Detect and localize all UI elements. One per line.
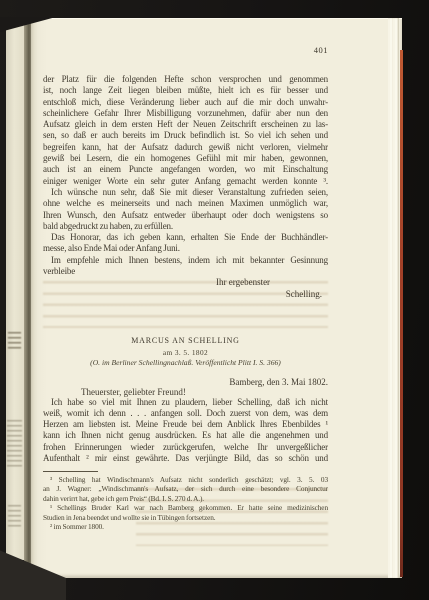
facing-page-edge <box>6 21 24 560</box>
text-line: der Platz für die folgenden Hefte schon … <box>43 74 328 85</box>
text-line: messe, also Ende Mai oder Anfang Juni. <box>43 243 328 254</box>
letter-1-signature: Schelling. <box>43 289 328 299</box>
text-line: einiger weniger Worte ein sehr guter Anf… <box>43 176 328 187</box>
fore-edge-pages <box>388 18 399 578</box>
letter-1-body: der Platz für die folgenden Hefte schon … <box>43 74 328 277</box>
letter-2-dateline: Bamberg, den 3. Mai 1802. <box>43 377 328 387</box>
book-photo: 401 der Platz für die folgenden Hefte sc… <box>0 0 429 600</box>
text-line: ² im Sommer 1800. <box>43 522 328 532</box>
red-stained-edge <box>400 50 403 577</box>
text-line: Im empfehle mich Ihnen bestens, indem ic… <box>43 255 328 266</box>
text-line: dahin verirrt hat, gebe ich gern Preis“ … <box>43 494 328 504</box>
text-line: begreifen kann, hat der Aufsatz dadurch … <box>43 142 328 153</box>
text-line: gewiß bei Lesern, die ein homogenes Gefü… <box>43 153 328 164</box>
facing-page-print-fragment <box>8 332 21 349</box>
footnote-rule <box>43 471 98 472</box>
text-line: bald abgedruckt zu haben, zu erfüllen. <box>43 221 328 232</box>
letter-2-body: Ich habe so viel mit Ihnen zu plaudern, … <box>43 397 328 465</box>
book-page: 401 der Platz für die folgenden Hefte sc… <box>31 18 402 578</box>
text-line: kann ich Ihnen nicht genug ausdrücken. E… <box>43 430 328 441</box>
text-line: Ich wünsche nun sehr, daß Sie mit dieser… <box>43 187 328 198</box>
text-line: Das Honorar, das ich geben kann, erhalte… <box>43 232 328 243</box>
letter-2-source-note: (O. im Berliner Schellingnachlaß. Veröff… <box>43 358 328 367</box>
text-line: Ich habe so viel mit Ihnen zu plaudern, … <box>43 397 328 408</box>
page-number: 401 <box>43 45 328 55</box>
text-line: Aufsatz gleich in dem ersten Heft der Ne… <box>43 119 328 130</box>
letter-2-date-heading: am 3. 5. 1802 <box>43 348 328 357</box>
text-line: Aufenthalt ² mir einst gewährte. Das ver… <box>43 453 328 464</box>
text-line: an J. Wagner: „Windischmann's Aufsatz, d… <box>43 484 328 494</box>
text-line: verbleibe <box>43 266 328 277</box>
facing-page-print-fragment <box>7 420 22 468</box>
facing-page-print-fragment <box>8 505 21 529</box>
text-line: Herzen am liebsten ist. Meine Freude bei… <box>43 419 328 430</box>
text-line: Ihren Wunsch, den Aufsatz entweder überh… <box>43 210 328 221</box>
letter-2-salutation: Theuerster, geliebter Freund! <box>43 387 328 397</box>
text-line: frohen Erinnerungen wieder zurückgerufen… <box>43 442 328 453</box>
text-line: auch ist an einem Puncte angefangen word… <box>43 164 328 175</box>
footnotes: ³ Schelling hat Windischmann's Aufsatz n… <box>43 475 328 533</box>
letter-2-heading: MARCUS AN SCHELLING <box>43 336 328 345</box>
text-line: weiß, womit ich denn . . . anfangen soll… <box>43 408 328 419</box>
text-line: ³ Schelling hat Windischmann's Aufsatz n… <box>43 475 328 485</box>
text-line: ohne welche es meinerseits und nach mein… <box>43 198 328 209</box>
letter-1-closing: Ihr ergebenster <box>43 277 328 287</box>
text-line: ¹ Schellings Bruder Karl war nach Bamber… <box>43 503 328 513</box>
text-line: sen, so daß er auch bereits im Druck bef… <box>43 130 328 141</box>
text-line: ist, noch lange Zeit liegen bleiben müßt… <box>43 85 328 96</box>
text-line: entschloß mich, diese Veränderung lieber… <box>43 97 328 108</box>
text-line: Studien in Jena beendet und wollte sie i… <box>43 513 328 523</box>
text-line: scheinlichere Gefahr Ihrer Misbilligung … <box>43 108 328 119</box>
